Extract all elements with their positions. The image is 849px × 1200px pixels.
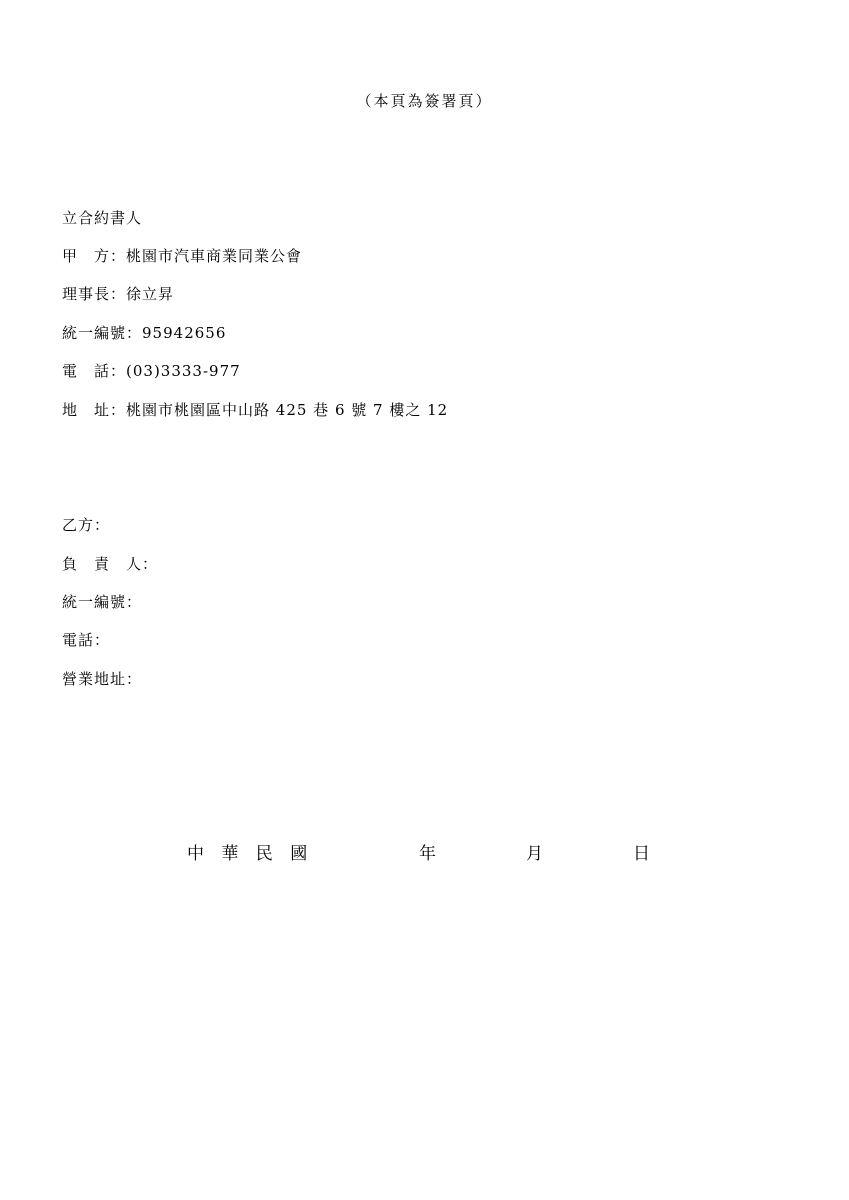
date-day: 日 bbox=[633, 839, 650, 864]
page-title: （本頁為簽署頁） bbox=[0, 90, 849, 111]
party-b-address-label: 營業地址： bbox=[62, 668, 142, 689]
tax-id-value: 95942656 bbox=[142, 324, 226, 342]
party-a-name: 桃園市汽車商業同業公會 bbox=[126, 247, 302, 265]
phone-value: (03)3333-977 bbox=[126, 362, 241, 380]
tax-id-label: 統一編號： bbox=[62, 324, 142, 342]
date-era: 中 華 民 國 bbox=[187, 839, 313, 864]
party-a-chairman-line: 理事長：徐立昇 bbox=[62, 283, 174, 304]
address-label: 地 址： bbox=[62, 401, 126, 419]
chairman-name: 徐立昇 bbox=[126, 285, 174, 303]
party-a-phone-line: 電 話：(03)3333-977 bbox=[62, 360, 241, 381]
chairman-label: 理事長： bbox=[62, 285, 126, 303]
party-b-label: 乙方： bbox=[62, 514, 110, 535]
date-year: 年 bbox=[419, 839, 436, 864]
phone-label: 電 話： bbox=[62, 362, 126, 380]
party-b-phone-label: 電話： bbox=[62, 629, 110, 650]
signatories-heading: 立合約書人 bbox=[62, 207, 142, 228]
party-b-tax-id-label: 統一編號： bbox=[62, 591, 142, 612]
party-a-label: 甲 方： bbox=[62, 247, 126, 265]
party-a-line: 甲 方：桃園市汽車商業同業公會 bbox=[62, 245, 302, 266]
party-b-representative-label: 負 責 人： bbox=[62, 553, 158, 574]
date-month: 月 bbox=[526, 839, 543, 864]
party-a-address-line: 地 址：桃園市桃園區中山路 425 巷 6 號 7 樓之 12 bbox=[62, 399, 448, 420]
party-a-tax-id-line: 統一編號：95942656 bbox=[62, 322, 226, 343]
address-value: 桃園市桃園區中山路 425 巷 6 號 7 樓之 12 bbox=[126, 401, 448, 419]
